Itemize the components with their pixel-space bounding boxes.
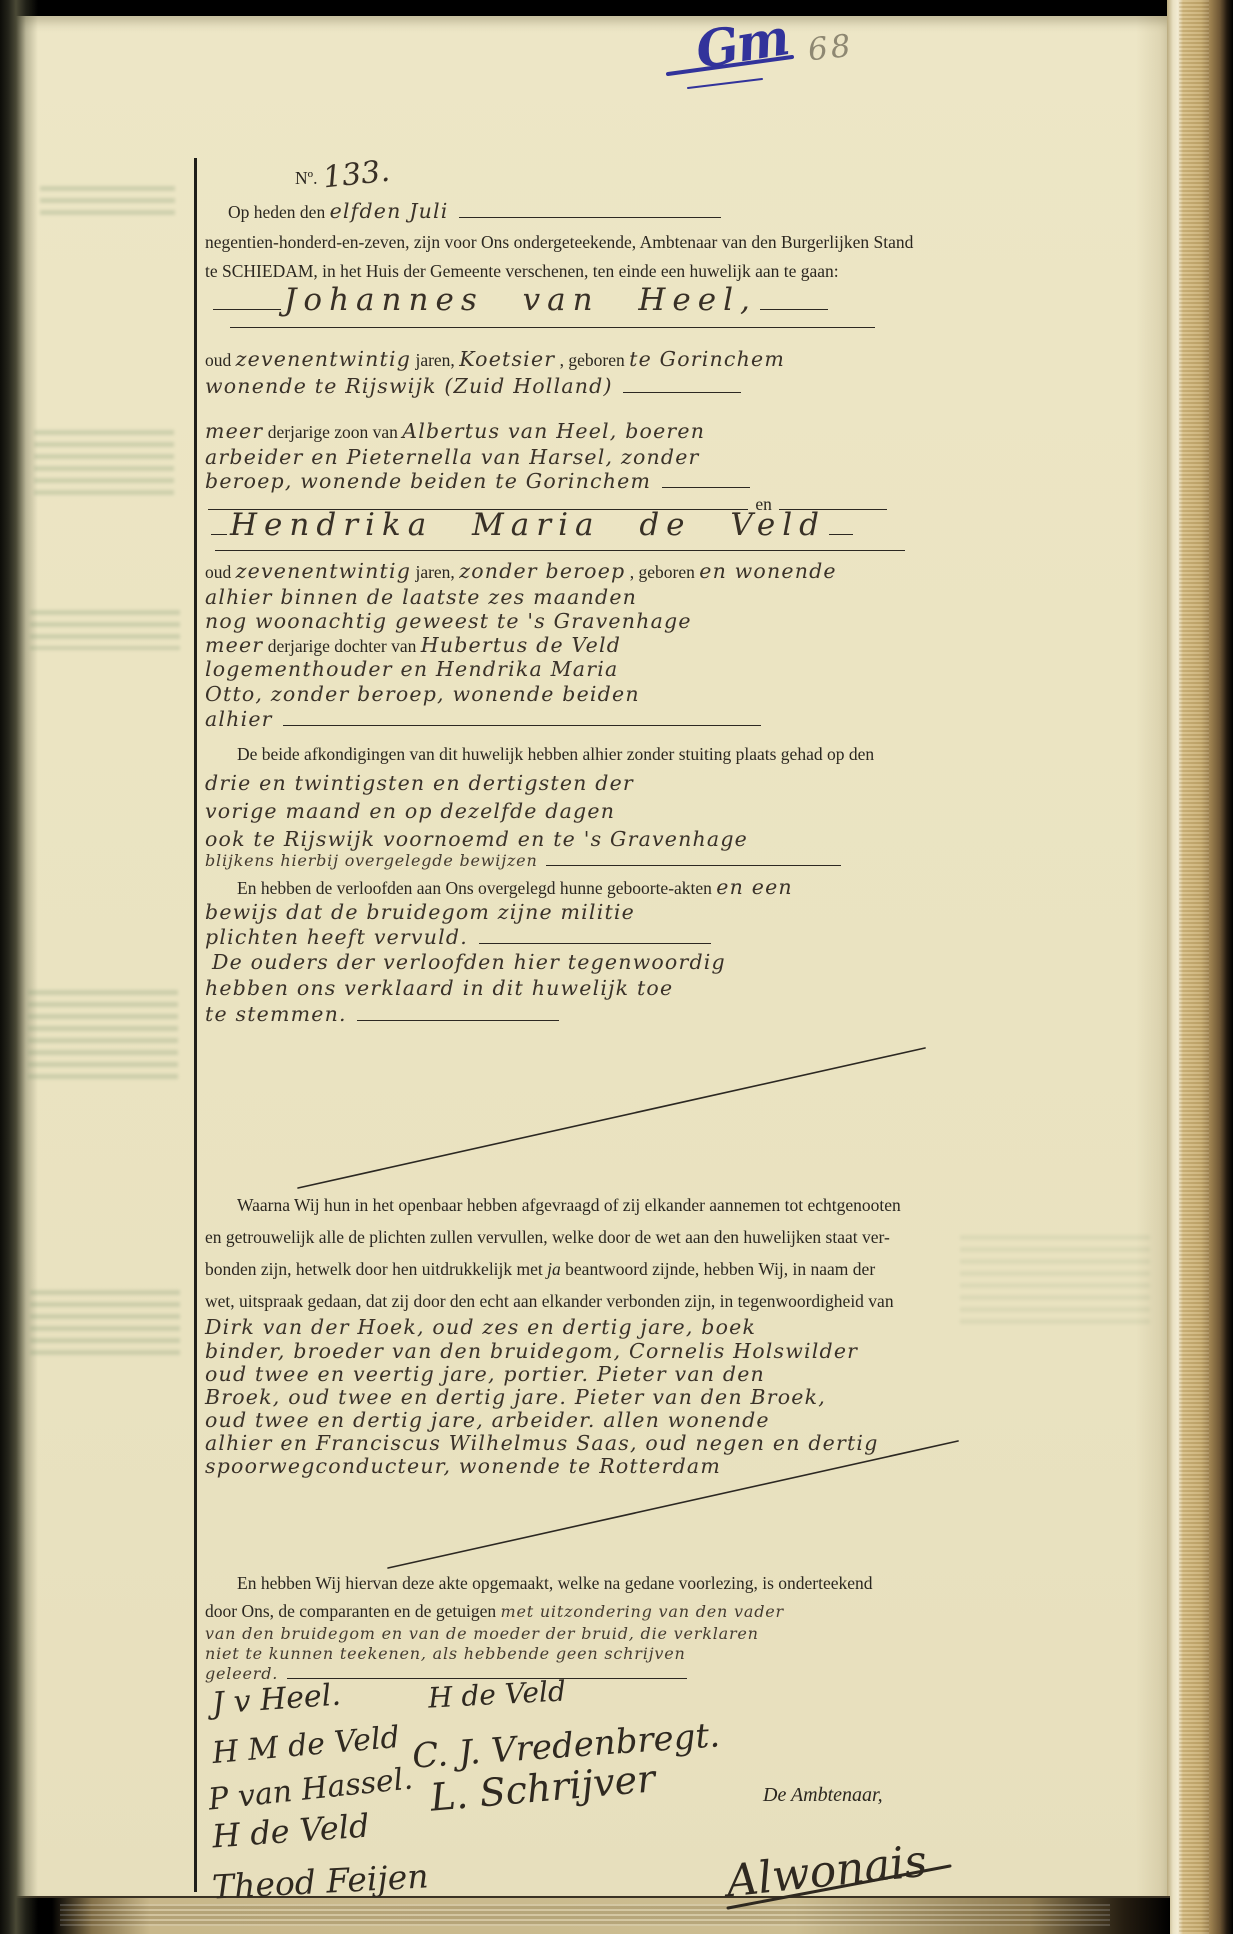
- document-line: Johannes van Heel,: [210, 283, 831, 317]
- document-line: beroep, wonende beiden te Gorinchem: [205, 470, 753, 493]
- handwritten-text: arbeider en Pieternella van Harsel, zond…: [205, 445, 700, 469]
- document-line: oud twee en veertig jare, portier. Piete…: [205, 1363, 765, 1386]
- handwritten-text: De ouders der verloofden hier tegenwoord…: [212, 950, 726, 974]
- printed-text: , geboren: [625, 562, 699, 582]
- handwritten-text: vorige maand en op dezelfde dagen: [205, 799, 615, 823]
- printed-text: derjarige dochter van: [263, 636, 420, 656]
- handwritten-text: Broek, oud twee en dertig jare. Pieter v…: [205, 1385, 826, 1409]
- printed-text: En hebben Wij hiervan deze akte opgemaak…: [237, 1573, 873, 1593]
- document-line: meer derjarige dochter van Hubertus de V…: [205, 634, 621, 657]
- document-line: En hebben Wij hiervan deze akte opgemaak…: [237, 1574, 873, 1594]
- handwritten-text: Albertus van Heel, boeren: [402, 419, 705, 443]
- handwritten-text: te stemmen.: [205, 1002, 354, 1026]
- document-line: bewijs dat de bruidegom zijne militie: [205, 901, 635, 924]
- entry-rule: [357, 1017, 559, 1021]
- document-line: Otto, zonder beroep, wonende beiden: [205, 683, 640, 706]
- book-page-edge-right: [1167, 0, 1233, 1934]
- document-line: alhier en Franciscus Wilhelmus Saas, oud…: [205, 1432, 879, 1455]
- printed-text: , geboren: [555, 350, 629, 370]
- handwritten-text: drie en twintigsten en dertigsten der: [205, 771, 634, 795]
- ambtenaar-label: De Ambtenaar,: [763, 1784, 883, 1807]
- handwritten-text: oud twee en veertig jare, portier. Piete…: [205, 1362, 765, 1386]
- handwritten-text: spoorwegconducteur, wonende te Rotterdam: [205, 1454, 721, 1478]
- ink-bleed-mark: [34, 430, 174, 500]
- handwritten-text: oud twee en dertig jare, arbeider. allen…: [205, 1408, 770, 1432]
- entry-rule: [459, 214, 721, 218]
- printed-text: door Ons, de comparanten en de getuigen: [205, 1601, 500, 1621]
- entry-rule: [546, 862, 841, 866]
- handwritten-text: alhier binnen de laatste zes maanden: [205, 585, 637, 609]
- printed-text: jaren,: [411, 562, 459, 582]
- document-line: oud twee en dertig jare, arbeider. allen…: [205, 1409, 770, 1432]
- handwritten-text: van den bruidegom en van de moeder der b…: [205, 1624, 759, 1643]
- document-line: De beide afkondigingen van dit huwelijk …: [237, 745, 874, 765]
- pencil-page-number: 68: [806, 28, 855, 69]
- handwritten-text: bewijs dat de bruidegom zijne militie: [205, 900, 635, 924]
- document-line: blijkens hierbij overgelegde bewijzen: [205, 852, 844, 871]
- handwritten-text: Johannes van Heel,: [284, 282, 757, 318]
- document-line: te SCHIEDAM, in het Huis der Gemeente ve…: [205, 262, 839, 282]
- handwritten-text: binder, broeder van den bruidegom, Corne…: [205, 1339, 858, 1363]
- handwritten-text: Hubertus de Veld: [421, 633, 621, 657]
- document-line: alhier binnen de laatste zes maanden: [205, 586, 637, 609]
- printed-text: ja: [547, 1259, 561, 1279]
- ink-bleed-mark: [30, 1290, 180, 1360]
- document-line: van den bruidegom en van de moeder der b…: [205, 1625, 759, 1644]
- document-line: bonden zijn, hetwelk door hen uitdrukkel…: [205, 1260, 875, 1280]
- underline-rule: [215, 550, 905, 551]
- document-line: wet, uitspraak gedaan, dat zij door den …: [205, 1292, 894, 1312]
- handwritten-text: logementhouder en Hendrika Maria: [205, 657, 618, 681]
- entry-rule: [211, 531, 227, 535]
- handwritten-text: beroep, wonende beiden te Gorinchem: [205, 469, 659, 493]
- document-line: plichten heeft vervuld.: [205, 926, 714, 949]
- handwritten-text: te Gorinchem: [629, 347, 785, 371]
- handwritten-text: zevenentwintig: [236, 347, 411, 371]
- printed-text: te SCHIEDAM, in het Huis der Gemeente ve…: [205, 261, 839, 281]
- handwritten-text: en een: [716, 875, 793, 899]
- document-line: en getrouwelijk alle de plichten zullen …: [205, 1228, 890, 1248]
- scanned-book-page: { "meta": { "corner_paraph": "Gm", "corn…: [0, 0, 1233, 1934]
- printed-text: oud: [205, 350, 236, 370]
- document-line: wonende te Rijswijk (Zuid Holland): [205, 375, 744, 398]
- handwritten-text: niet te kunnen teekenen, als hebbende ge…: [205, 1644, 686, 1663]
- document-line: En hebben de verloofden aan Ons overgele…: [237, 876, 793, 899]
- printed-text: en getrouwelijk alle de plichten zullen …: [205, 1227, 890, 1247]
- handwritten-text: blijkens hierbij overgelegde bewijzen: [205, 851, 543, 870]
- printed-text: derjarige zoon van: [263, 422, 402, 442]
- handwritten-text: Dirk van der Hoek, oud zes en dertig jar…: [205, 1315, 756, 1339]
- handwritten-text: Hendrika Maria de Veld: [230, 507, 826, 543]
- document-line: Waarna Wij hun in het openbaar hebben af…: [237, 1196, 901, 1216]
- book-gutter-left: [0, 0, 38, 1934]
- document-line: door Ons, de comparanten en de getuigen …: [205, 1602, 784, 1622]
- document-line: Hendrika Maria de Veld: [208, 508, 856, 542]
- printed-text: Waarna Wij hun in het openbaar hebben af…: [237, 1195, 901, 1215]
- printed-text: beantwoord zijnde, hebben Wij, in naam d…: [561, 1259, 875, 1279]
- document-line: alhier: [205, 708, 764, 731]
- printed-text: Op heden den: [228, 202, 330, 222]
- form-margin-rule: [194, 158, 197, 1892]
- book-page-edge-bottom: [0, 1896, 1170, 1934]
- handwritten-text: meer: [205, 633, 263, 657]
- document-line: vorige maand en op dezelfde dagen: [205, 800, 615, 823]
- document-line: niet te kunnen teekenen, als hebbende ge…: [205, 1645, 686, 1664]
- handwritten-text: ook te Rijswijk voornoemd en te 's Grave…: [205, 827, 748, 851]
- document-line: spoorwegconducteur, wonende te Rotterdam: [205, 1455, 721, 1478]
- entry-rule: [829, 531, 853, 535]
- printed-text: oud: [205, 562, 236, 582]
- handwritten-text: hebben ons verklaard in dit huwelijk toe: [205, 976, 673, 1000]
- document-line: Dirk van der Hoek, oud zes en dertig jar…: [205, 1316, 756, 1339]
- document-line: arbeider en Pieternella van Harsel, zond…: [205, 446, 700, 469]
- ink-bleed-mark: [960, 1235, 1150, 1325]
- document-line: Nº.133.: [295, 158, 390, 191]
- printed-text: bonden zijn, hetwelk door hen uitdrukkel…: [205, 1259, 547, 1279]
- printed-text: De beide afkondigingen van dit huwelijk …: [237, 744, 874, 764]
- entry-rule: [283, 722, 761, 726]
- handwritten-text: meer: [205, 419, 263, 443]
- document-line: ook te Rijswijk voornoemd en te 's Grave…: [205, 828, 748, 851]
- entry-rule: [662, 484, 750, 488]
- handwritten-text: geleerd.: [205, 1664, 284, 1683]
- entry-rule: [213, 306, 281, 310]
- document-line: negentien-honderd-en-zeven, zijn voor On…: [205, 233, 913, 253]
- document-line: nog woonachtig geweest te 's Gravenhage: [205, 610, 692, 633]
- handwritten-text: en wonende: [699, 559, 837, 583]
- handwritten-text: alhier: [205, 707, 280, 731]
- handwritten-text: elfden Juli: [330, 199, 457, 223]
- handwritten-text: alhier en Franciscus Wilhelmus Saas, oud…: [205, 1431, 879, 1455]
- handwritten-text: zonder beroep: [459, 559, 625, 583]
- printed-text: jaren,: [411, 350, 459, 370]
- document-line: Op heden den elfden Juli: [228, 200, 724, 223]
- entry-rule: [623, 389, 741, 393]
- document-line: hebben ons verklaard in dit huwelijk toe: [205, 977, 673, 1000]
- document-line: binder, broeder van den bruidegom, Corne…: [205, 1340, 858, 1363]
- handwritten-text: plichten heeft vervuld.: [205, 925, 476, 949]
- handwritten-text: 133.: [322, 155, 392, 195]
- document-line: drie en twintigsten en dertigsten der: [205, 772, 634, 795]
- ink-bleed-mark: [28, 990, 178, 1080]
- printed-text: Nº.: [295, 168, 317, 188]
- printed-text: wet, uitspraak gedaan, dat zij door den …: [205, 1291, 894, 1311]
- ink-bleed-mark: [30, 610, 180, 650]
- handwritten-text: nog woonachtig geweest te 's Gravenhage: [205, 609, 692, 633]
- document-line: meer derjarige zoon van Albertus van Hee…: [205, 420, 705, 443]
- document-line: oud zevenentwintig jaren, zonder beroep …: [205, 560, 837, 583]
- handwritten-text: Otto, zonder beroep, wonende beiden: [205, 682, 640, 706]
- ink-bleed-mark: [40, 186, 175, 222]
- document-line: Broek, oud twee en dertig jare. Pieter v…: [205, 1386, 826, 1409]
- handwritten-text: met uitzondering van den vader: [500, 1602, 784, 1621]
- printed-text: negentien-honderd-en-zeven, zijn voor On…: [205, 232, 913, 252]
- document-line: oud zevenentwintig jaren, Koetsier , geb…: [205, 348, 785, 371]
- document-line: te stemmen.: [205, 1003, 562, 1026]
- handwritten-text: wonende te Rijswijk (Zuid Holland): [205, 374, 620, 398]
- handwritten-text: zevenentwintig: [236, 559, 411, 583]
- entry-rule: [479, 940, 711, 944]
- printed-text: En hebben de verloofden aan Ons overgele…: [237, 878, 716, 898]
- document-line: De ouders der verloofden hier tegenwoord…: [212, 951, 726, 974]
- document-line: logementhouder en Hendrika Maria: [205, 658, 618, 681]
- handwritten-text: Koetsier: [459, 347, 555, 371]
- entry-rule: [760, 306, 828, 310]
- underline-rule: [230, 327, 875, 328]
